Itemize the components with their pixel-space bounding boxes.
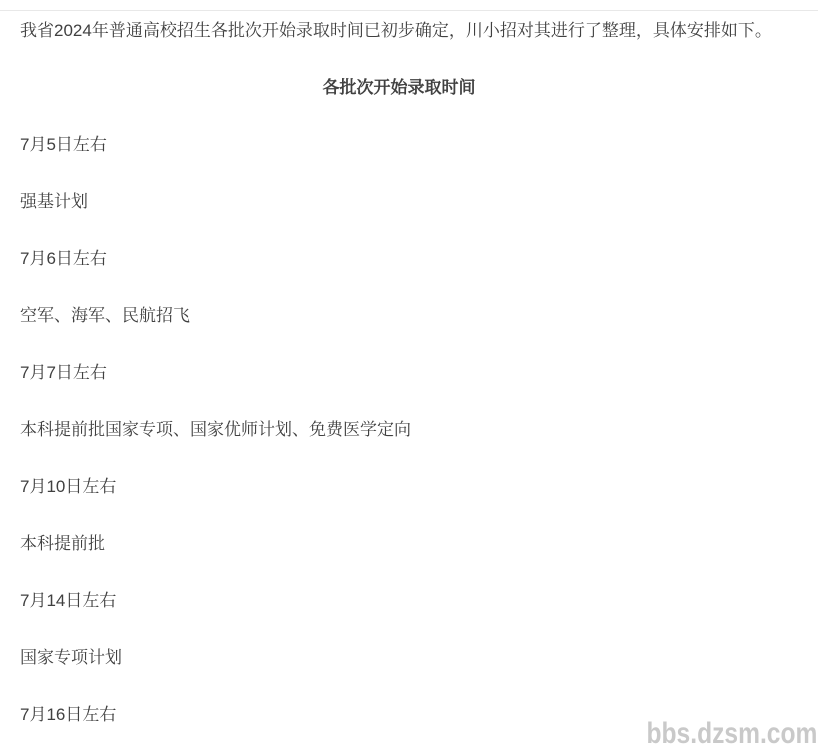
schedule-batch: 空军、海军、民航招飞 [20,303,778,329]
schedule-date: 7月14日左右 [20,588,778,614]
schedule-batch: 本科提前批 [20,531,778,557]
article-body: 我省2024年普通高校招生各批次开始录取时间已初步确定，川小招对其进行了整理，具… [0,18,818,728]
section-title: 各批次开始录取时间 [20,75,778,101]
schedule-date: 7月5日左右 [20,132,778,158]
schedule-date: 7月6日左右 [20,246,778,272]
top-divider [0,10,818,11]
schedule-date: 7月10日左右 [20,474,778,500]
schedule-batch: 强基计划 [20,189,778,215]
schedule-batch: 本科提前批国家专项、国家优师计划、免费医学定向 [20,417,778,443]
schedule-batch: 国家专项计划 [20,645,778,671]
schedule-date: 7月7日左右 [20,360,778,386]
intro-paragraph: 我省2024年普通高校招生各批次开始录取时间已初步确定，川小招对其进行了整理，具… [20,18,778,44]
schedule-date: 7月16日左右 [20,702,778,728]
